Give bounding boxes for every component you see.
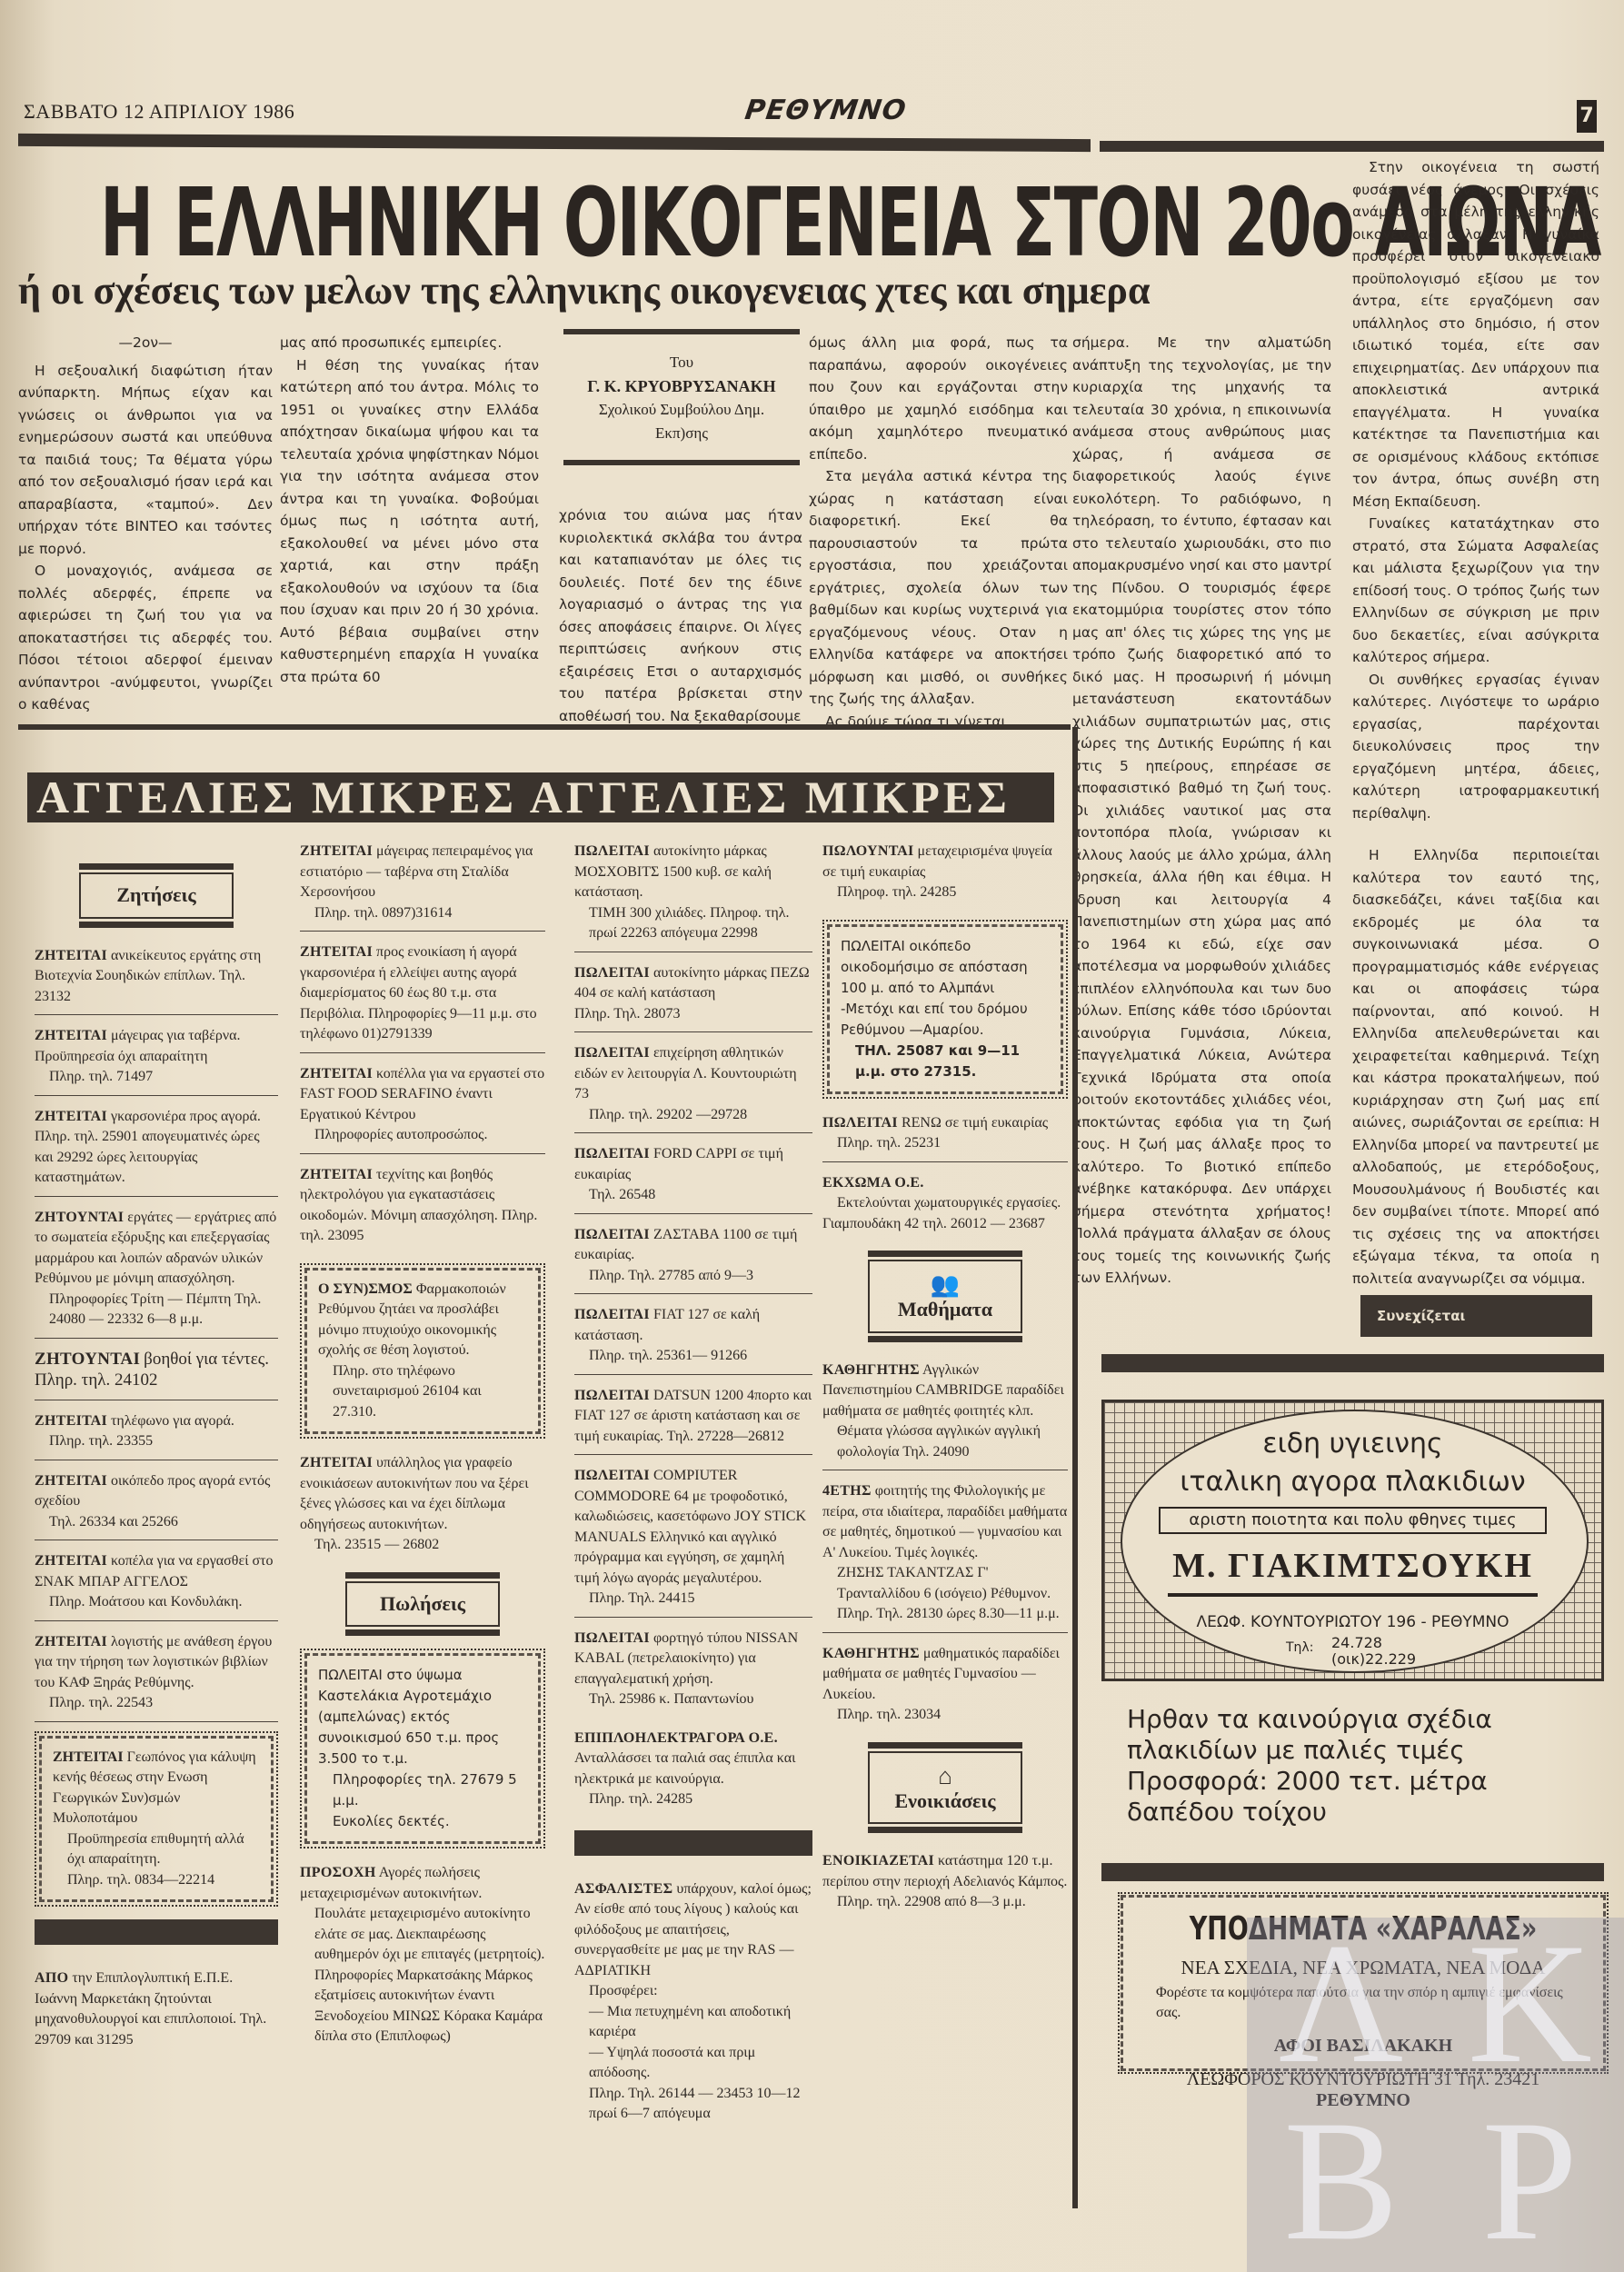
classified-ad: ΖΗΤΕΙΤΑΙ γκαρσονιέρα προς αγορά. Πληρ. τ… <box>35 1101 278 1197</box>
classified-ad: ΠΩΛΕΙΤΑΙ DATSUN 1200 4πορτο και FIAT 127… <box>574 1380 812 1456</box>
paragraph: Οι συνθήκες εργασίας έγιναν καλύτερες. Λ… <box>1352 669 1599 825</box>
classified-ad: ΠΩΛΟΥΝΤΑΙ μεταχειρισμένα ψυγεία σε τιμή … <box>822 836 1068 911</box>
classified-ad: ΠΩΛΕΙΤΑΙ αυτοκίνητο μάρκας ΠΕΖΩ 404 σε κ… <box>574 958 812 1033</box>
classified-ad: ΑΣΦΑΛΙΣΤΕΣ υπάρχουν, καλοί όμως; Αν είσθ… <box>574 1874 812 2132</box>
continued-label: Συνεχίζεται <box>1360 1295 1592 1337</box>
article-bottom-rule <box>18 724 1071 730</box>
classified-ad: ΠΩΛΕΙΤΑΙ επιχείρηση αθλητικών ειδών εν λ… <box>574 1038 812 1133</box>
classified-ad: ΕΠΙΠΛΟΗΛΕΚΤΡΑΓΟΡΑ Ο.Ε.Ανταλλάσσει τα παλ… <box>574 1723 812 1818</box>
article-part: —2ον— <box>18 332 273 354</box>
classified-ad: ΖΗΤΕΙΤΑΙ υπάλληλος για γραφείο ενοικιάσε… <box>300 1448 545 1563</box>
classified-ad: ΚΑΘΗΓΗΤΗΣ Αγγλικών Πανεπιστημίου CAMBRID… <box>822 1355 1068 1471</box>
byline-role-2: Εκπ)σης <box>563 422 800 445</box>
paragraph: Η θέση της γυναίκας ήταν κατώτερη από το… <box>280 354 539 689</box>
classified-ad: ΖΗΤΕΙΤΑΙ μάγειρας πεπειραμένος για εστια… <box>300 836 545 932</box>
page-number: 7 <box>1577 100 1597 133</box>
paragraph: σήμερα. Με την αλματώδη ανάπτυξη της τεχ… <box>1072 332 1331 1290</box>
classified-ad: ΚΑΘΗΓΗΤΗΣ μαθηματικός παραδίδει μαθήματα… <box>822 1639 1068 1733</box>
paragraph: Στα μεγάλα αστικά κέντρα της χώρας η κατ… <box>809 465 1068 711</box>
paragraph: Ο μοναχογιός, ανάμεσα σε πολλές αδερφές,… <box>18 560 273 716</box>
classified-ad: ΕΚΧΩΜΑ Ο.Ε.Εκτελούνται χωματουργικές εργ… <box>822 1168 1068 1242</box>
paragraph: μας από προσωπικές εμπειρίες. <box>280 332 539 354</box>
paragraph: όμως άλλη μια φορά, πως τα παραπάνω, αφο… <box>809 332 1068 465</box>
separator-bar <box>1101 1863 1604 1881</box>
paragraph: Η σεξουαλική διαφώτιση ήταν ανύπαρκτη. Μ… <box>18 360 273 561</box>
classified-ad: ΖΗΤΕΙΤΑΙ προς ενοικίαση ή αγορά γκαρσονι… <box>300 937 545 1053</box>
classified-ad: ΖΗΤΟΥΝΤΑΙ εργάτες — εργάτριες από το σωμ… <box>35 1202 278 1339</box>
classified-ad: ΠΡΟΣΟΧΗ Αγορές πωλήσεις μεταχειρισμένων … <box>300 1858 545 2055</box>
byline-rule <box>563 329 800 334</box>
article-headline: Η ΕΛΛΗΝΙΚΗ ΟΙΚΟΓΕΝΕΙΑ ΣΤΟΝ 20ο ΑΙΩΝΑ <box>100 173 866 273</box>
classified-ad: ΖΗΤΕΙΤΑΙ τεχνίτης και βοηθός ηλεκτρολόγο… <box>300 1160 545 1254</box>
masthead: ΣΑΒΒΑΤΟ 12 ΑΠΡΙΛΙΟΥ 1986 ΡΕΘΥΜΝΟ 7 <box>18 100 1606 136</box>
students-icon: 👥 <box>870 1272 1021 1298</box>
paragraph: χρόνια του αιώνα μας ήταν κυριολεκτικά σ… <box>559 504 802 727</box>
byline-box: Του Γ. Κ. ΚΡΥΟΒΡΥΣΑΝΑΚΗ Σχολικού Συμβούλ… <box>563 329 800 465</box>
article-column-4: όμως άλλη μια φορά, πως τα παραπάνω, αφο… <box>809 332 1068 732</box>
byline-author: Γ. Κ. ΚΡΥΟΒΡΥΣΑΝΑΚΗ <box>563 374 800 398</box>
byline-rule <box>563 460 800 465</box>
classified-ad: ΖΗΤΟΥΝΤΑΙ βοηθοί για τέντες. Πληρ. τηλ. … <box>35 1344 278 1400</box>
classified-ad: ΠΩΛΕΙΤΑΙ ΖΑΣΤΑΒΑ 1100 σε τιμή ευκαιρίας.… <box>574 1220 812 1295</box>
section-header-rentals: ⌂Ενοικιάσεις <box>868 1742 1022 1834</box>
classified-ad: ΠΩΛΕΙΤΑΙ FIAT 127 σε καλή κατάσταση.Πληρ… <box>574 1300 812 1375</box>
classifieds-column-3: ΠΩΛΕΙΤΑΙ αυτοκίνητο μάρκας ΜΟΣΧΟΒΙΤΣ 150… <box>574 836 812 2137</box>
article-column-6: Στην οικογένεια τη σωστή φυσάει νέος άνε… <box>1352 156 1599 1290</box>
classifieds-column-1: Ζητήσεις ΖΗΤΕΙΤΑΙ ανικείκευτος εργάτης σ… <box>35 854 278 2063</box>
house-icon: ⌂ <box>870 1764 1021 1789</box>
classified-ad: ΠΩΛΕΙΤΑΙ FORD CAPPI σε τιμή ευκαιρίαςΤηλ… <box>574 1139 812 1214</box>
byline-role: Σχολικού Συμβούλου Δημ. <box>563 398 800 422</box>
classified-ad: ΠΩΛΕΙΤΑΙ COMPIUTER COMMODORE 64 με τροφο… <box>574 1460 812 1618</box>
paragraph: Γυναίκες κατατάχτηκαν στο στρατό, στα Σώ… <box>1352 513 1599 669</box>
boxed-classified-ad: ΠΩΛΕΙΤΑΙ στο ύψωμα Καστελάκια Αγροτεμάχι… <box>300 1649 545 1848</box>
classified-ad: ΖΗΤΕΙΤΑΙ κοπέλα για να εργασθεί στο ΣΝΑΚ… <box>35 1546 278 1621</box>
article-column-5: σήμερα. Με την αλματώδη ανάπτυξη της τεχ… <box>1072 332 1331 1290</box>
article-column-1: —2ον— Η σεξουαλική διαφώτιση ήταν ανύπαρ… <box>18 332 273 716</box>
column-divider <box>1072 727 1078 2208</box>
classified-ad: ΖΗΤΕΙΤΑΙ οικόπεδο προς αγορά εντός σχεδί… <box>35 1466 278 1541</box>
boxed-classified-ad: Ο ΣΥΝ)ΣΜΟΣ Φαρμακοποιών Ρεθύμνου ζητάει … <box>300 1263 545 1440</box>
issue-date: ΣΑΒΒΑΤΟ 12 ΑΠΡΙΛΙΟΥ 1986 <box>24 100 294 124</box>
tiles-ad-promo: Ηρθαν τα καινούργια σχέδια πλακιδίων με … <box>1127 1704 1599 1828</box>
article-column-3: χρόνια του αιώνα μας ήταν κυριολεκτικά σ… <box>559 504 802 727</box>
classified-ad: ΖΗΤΕΙΤΑΙ μάγειρας για ταβέρνα. Προϋπηρεσ… <box>35 1021 278 1096</box>
boxed-classified-ad: ΠΩΛΕΙΤΑΙ οικόπεδο οικοδομήσιμο σε απόστα… <box>822 920 1068 1099</box>
newspaper-page: ΣΑΒΒΑΤΟ 12 ΑΠΡΙΛΙΟΥ 1986 ΡΕΘΥΜΝΟ 7 Η ΕΛΛ… <box>0 0 1624 2272</box>
section-header-sales: Πωλήσεις <box>345 1572 500 1637</box>
separator-bar <box>1101 1354 1604 1372</box>
classified-ad: ΖΗΤΕΙΤΑΙ λογιστής με ανάθεση έργου για τ… <box>35 1627 278 1722</box>
boxed-classified-ad: ΖΗΤΕΙΤΑΙ Γεωπόνος για κάλυψη κενής θέσεω… <box>35 1731 278 1908</box>
classified-ad: ΖΗΤΕΙΤΑΙ τηλέφωνο για αγορά.Πληρ. τηλ. 2… <box>35 1406 278 1460</box>
classified-ad: ΠΩΛΕΙΤΑΙ αυτοκίνητο μάρκας ΜΟΣΧΟΒΙΤΣ 150… <box>574 836 812 952</box>
separator-bar <box>574 1830 812 1856</box>
archive-watermark-logo: Λ Κ Β Ρ <box>1247 1918 1624 2272</box>
paragraph: Η Ελληνίδα περιποιείται καλύτερα τον εαυ… <box>1352 844 1599 1290</box>
classified-ad: ΕΝΟΙΚΙΑΖΕΤΑΙ κατάστημα 120 τ.μ. περίπου … <box>822 1846 1068 1920</box>
newspaper-name: ΡΕΘΥΜΝΟ <box>743 95 909 126</box>
article-column-2: μας από προσωπικές εμπειρίες. Η θέση της… <box>280 332 539 688</box>
section-header-wanted: Ζητήσεις <box>79 863 234 928</box>
separator-bar <box>35 1919 278 1945</box>
classified-ad: ΑΠΟ την Επιπλογλυπτική Ε.Π.Ε. Ιωάννη Μαρ… <box>35 1963 278 2058</box>
classified-ad: ΠΩΛΕΙΤΑΙ φορτηγό τύπου NISSAN KABAL (πετ… <box>574 1623 812 1718</box>
classified-ad: ΖΗΤΕΙΤΑΙ κοπέλλα για να εργαστεί στο FAS… <box>300 1059 545 1154</box>
classifieds-column-4: ΠΩΛΟΥΝΤΑΙ μεταχειρισμένα ψυγεία σε τιμή … <box>822 836 1068 1926</box>
byline-prefix: Του <box>563 351 800 374</box>
classified-ad: ΖΗΤΕΙΤΑΙ ανικείκευτος εργάτης στη Βιοτεχ… <box>35 941 278 1016</box>
classifieds-column-2: ΖΗΤΕΙΤΑΙ μάγειρας πεπειραμένος για εστια… <box>300 836 545 2060</box>
classified-ad: 4ΕΤΗΣ φοιτητής της Φιλολογικής με πείρα,… <box>822 1476 1068 1633</box>
section-header-lessons: 👥Μαθήματα <box>868 1251 1022 1342</box>
advertiser-name: Μ. ΓΙΑΚΙΜΤΣΟΥΚΗ <box>1104 1546 1601 1586</box>
classifieds-banner: ΑΓΓΕΛΙΕΣ ΜΙΚΡΕΣ ΑΓΓΕΛΙΕΣ ΜΙΚΡΕΣ <box>27 772 1054 822</box>
classified-ad: ΠΩΛΕΙΤΑΙ RENΩ σε τιμή ευκαιρίαςΠληρ. τηλ… <box>822 1108 1068 1162</box>
header-rule-right <box>1100 141 1604 152</box>
article-subheadline: ή οι σχέσεις των μελων της ελληνικης οικ… <box>18 268 1318 314</box>
paragraph: Στην οικογένεια τη σωστή φυσάει νέος άνε… <box>1352 156 1599 513</box>
tiles-display-ad: ειδη υγιεινης ιταλικη αγορα πλακιδιων αρ… <box>1101 1400 1604 1681</box>
